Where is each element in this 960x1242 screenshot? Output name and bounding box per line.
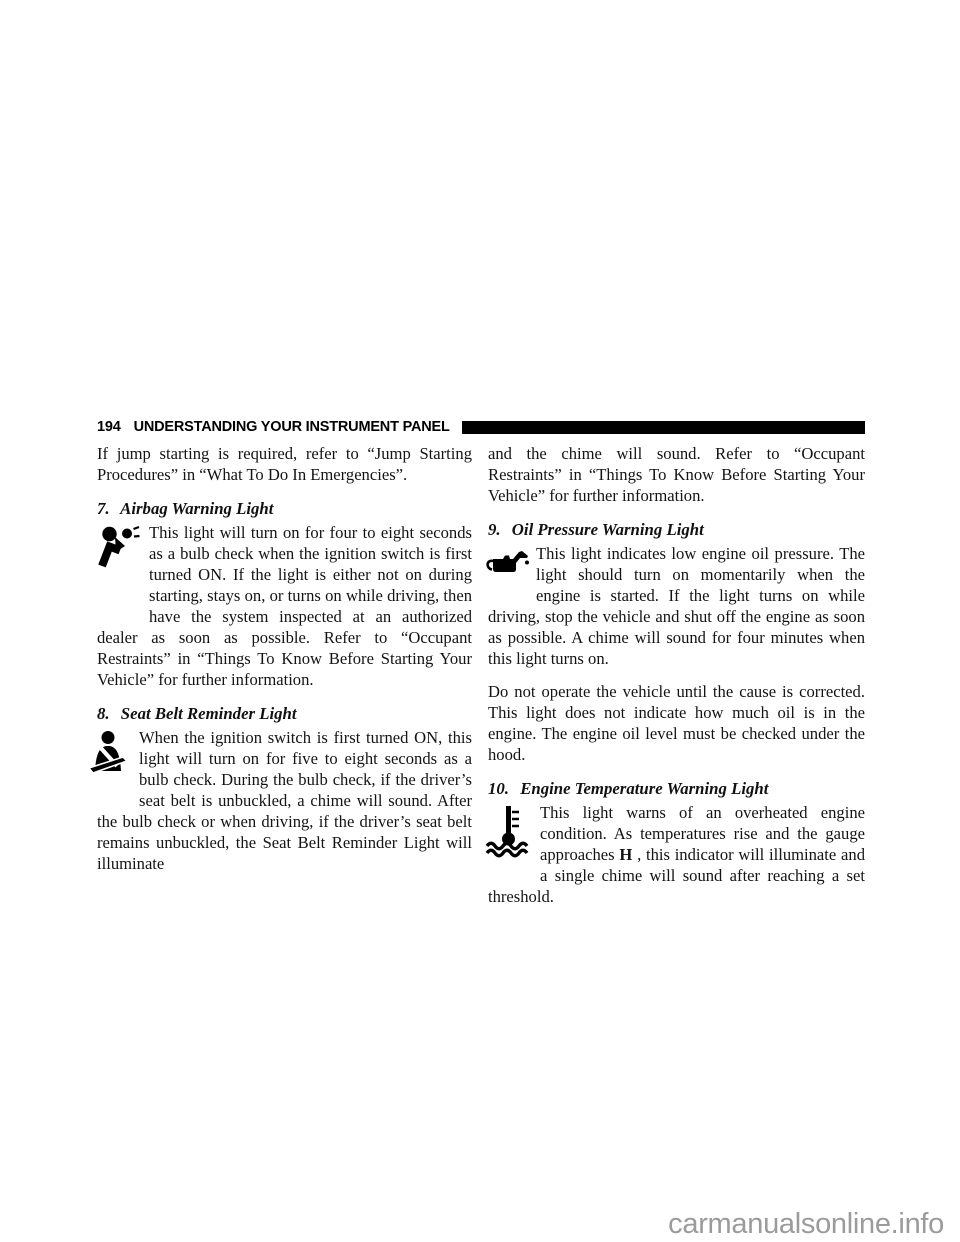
gauge-h-marker: H <box>619 845 632 864</box>
section-7-title: Airbag Warning Light <box>120 499 273 518</box>
airbag-warning-icon <box>97 522 149 609</box>
jump-start-paragraph: If jump starting is required, refer to “… <box>97 443 472 485</box>
manual-page: 194 UNDERSTANDING YOUR INSTRUMENT PANEL … <box>97 419 865 907</box>
section-10-body: This light warns of an overheated engine… <box>488 802 865 907</box>
section-9-body: This light indicates low engine oil pres… <box>488 543 865 669</box>
section-7-heading: 7. Airbag Warning Light <box>97 498 472 519</box>
two-column-text: If jump starting is required, refer to “… <box>97 443 865 907</box>
section-8-title: Seat Belt Reminder Light <box>121 704 297 723</box>
page-number: 194 <box>97 419 121 435</box>
oil-pressure-warning-icon <box>484 543 536 588</box>
section-10-heading: 10. Engine Temperature Warning Light <box>488 778 865 799</box>
running-header: 194 UNDERSTANDING YOUR INSTRUMENT PANEL <box>97 419 865 435</box>
right-column: and the chime will sound. Refer to “Occu… <box>488 443 865 907</box>
header-title: UNDERSTANDING YOUR INSTRUMENT PANEL <box>134 419 450 435</box>
engine-temperature-warning-icon <box>485 802 540 867</box>
left-column: If jump starting is required, refer to “… <box>97 443 472 907</box>
watermark: carmanualsonline.info <box>668 1208 944 1241</box>
section-10-title: Engine Temperature Warning Light <box>520 779 768 798</box>
section-8-body: When the ignition switch is first turned… <box>97 727 472 874</box>
section-7-body: This light will turn on for four to eigh… <box>97 522 472 690</box>
oil-pressure-note-paragraph: Do not operate the vehicle until the cau… <box>488 681 865 765</box>
section-7-number: 7. <box>97 499 110 518</box>
seat-belt-reminder-icon <box>88 727 139 793</box>
section-9-number: 9. <box>488 520 501 539</box>
section-8-heading: 8. Seat Belt Reminder Light <box>97 703 472 724</box>
section-10-number: 10. <box>488 779 509 798</box>
section-9-heading: 9. Oil Pressure Warning Light <box>488 519 865 540</box>
section-8-number: 8. <box>97 704 110 723</box>
section-9-title: Oil Pressure Warning Light <box>512 520 704 539</box>
header-rule-bar <box>462 421 865 434</box>
chime-continuation-paragraph: and the chime will sound. Refer to “Occu… <box>488 443 865 506</box>
